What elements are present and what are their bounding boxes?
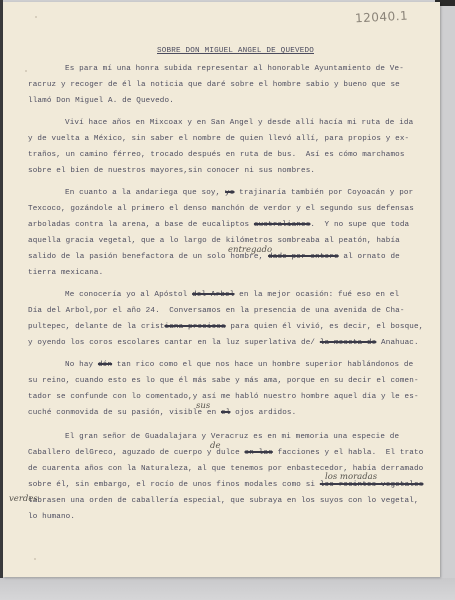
paper-speck: [34, 558, 36, 560]
line-text: Texcoco, gozándole al primero el denso m…: [28, 205, 414, 213]
line-text: Me conocería yo al Apóstol: [65, 291, 192, 299]
line-text: El gran señor de Guadalajara y Veracruz …: [65, 433, 399, 441]
line-text-continued: . Y no supe que toda: [310, 221, 409, 229]
struck-out-text: los recintos vegetales: [320, 481, 424, 489]
text-line: cuché conmovida de su pasión, visible en…: [28, 409, 296, 417]
text-line: En cuanto a la andariega que soy, yo tra…: [65, 189, 413, 197]
text-line: sobre el bien de nuestros mayores,sin co…: [28, 167, 315, 175]
document-title: SOBRE DON MIGUEL ANGEL DE QUEVEDO: [157, 47, 314, 55]
line-text-continued: en la mejor ocasión: fué eso en el: [234, 291, 399, 299]
line-text: Día del Arbol,por el año 24. Conversamos…: [28, 307, 405, 315]
text-line: arboladas contra la arena, a base de euc…: [28, 221, 409, 229]
handwritten-note: sus: [196, 401, 210, 411]
archive-reference-number: 12040.1: [355, 9, 409, 26]
line-text: sobre él, sin embargo, el rocío de unos …: [28, 481, 320, 489]
line-text: No hay: [65, 361, 98, 369]
line-text: su reino, cuando esto es lo que él más s…: [28, 377, 419, 385]
text-line: Es para mí una honra subida representar …: [65, 65, 404, 73]
line-text: lo humano.: [28, 513, 75, 521]
line-text: y oyendo los coros escolares cantar en l…: [28, 339, 320, 347]
handwritten-note: de: [210, 441, 220, 451]
paper-speck: [35, 16, 37, 18]
text-line: salido de la pasión benefactora de un so…: [28, 253, 400, 261]
struck-out-text: el: [221, 409, 230, 417]
line-text: tador se confunde con lo comentado,y así…: [28, 393, 419, 401]
text-line: lo humano.: [28, 513, 75, 521]
handwritten-note: los moradas: [325, 472, 377, 482]
line-text-continued: facciones y el habla. El trato: [273, 449, 424, 457]
text-line: Viví hace años en Mixcoax y en San Angel…: [65, 119, 413, 127]
line-text: cuché conmovida de su pasión, visible en: [28, 409, 221, 417]
text-line: racruz y recoger de él la noticia que da…: [28, 81, 400, 89]
text-line: tierra mexicana.: [28, 269, 103, 277]
text-line: traños, un camino férreo, trocado despué…: [28, 151, 405, 159]
struck-out-text: iana preciosa: [165, 323, 226, 331]
struck-out-text: dón: [98, 361, 112, 369]
scanner-background: [0, 578, 455, 600]
text-line: Me conocería yo al Apóstol del Arbol en …: [65, 291, 399, 299]
line-text-continued: trajinaría también por Coyoacán y por: [234, 189, 413, 197]
line-text-continued: al ornato de: [339, 253, 400, 261]
text-line: El gran señor de Guadalajara y Veracruz …: [65, 433, 399, 441]
line-text: racruz y recoger de él la noticia que da…: [28, 81, 400, 89]
line-text-continued: Anahuac.: [376, 339, 418, 347]
line-text: Es para mí una honra subida representar …: [65, 65, 404, 73]
paper-speck: [25, 70, 27, 72]
struck-out-text: la meseta de: [320, 339, 376, 347]
typewritten-page: 12040.1 SOBRE DON MIGUEL ANGEL DE QUEVED…: [3, 2, 440, 577]
line-text: arboladas contra la arena, a base de euc…: [28, 221, 254, 229]
text-line: No hay dón tan rico como el que nos hace…: [65, 361, 413, 369]
text-line: sobre él, sin embargo, el rocío de unos …: [28, 481, 423, 489]
text-line: Caballero delGreco, aguzado de cuerpo y …: [28, 449, 423, 457]
text-line: y oyendo los coros escolares cantar en l…: [28, 339, 419, 347]
text-line: Día del Arbol,por el año 24. Conversamos…: [28, 307, 405, 315]
text-line: aquella gracia vegetal, que a lo largo d…: [28, 237, 400, 245]
line-text: sobre el bien de nuestros mayores,sin co…: [28, 167, 315, 175]
text-line: su reino, cuando esto es lo que él más s…: [28, 377, 419, 385]
line-text: aquella gracia vegetal, que a lo largo d…: [28, 237, 400, 245]
line-text: labrasen una orden de caballería especia…: [28, 497, 419, 505]
text-line: tador se confunde con lo comentado,y así…: [28, 393, 419, 401]
line-text: y de vuelta a México, sin saber el nombr…: [28, 135, 409, 143]
line-text: En cuanto a la andariega que soy,: [65, 189, 225, 197]
handwritten-note: verdes: [9, 494, 38, 504]
struck-out-text: en las: [245, 449, 273, 457]
text-line: pultepec, delante de la cristiana precio…: [28, 323, 423, 331]
text-line: labrasen una orden de caballería especia…: [28, 497, 419, 505]
line-text: llamó Don Miguel A. de Quevedo.: [28, 97, 174, 105]
line-text: traños, un camino férreo, trocado despué…: [28, 151, 405, 159]
line-text: Viví hace años en Mixcoax y en San Angel…: [65, 119, 413, 127]
line-text: tierra mexicana.: [28, 269, 103, 277]
struck-out-text: dado por entero: [268, 253, 339, 261]
handwritten-note: entregado: [228, 245, 272, 255]
text-line: llamó Don Miguel A. de Quevedo.: [28, 97, 174, 105]
struck-out-text: del Arbol: [192, 291, 234, 299]
text-line: y de vuelta a México, sin saber el nombr…: [28, 135, 409, 143]
line-text-continued: tan rico como el que nos hace un hombre …: [112, 361, 413, 369]
text-line: Texcoco, gozándole al primero el denso m…: [28, 205, 414, 213]
line-text: pultepec, delante de la crist: [28, 323, 165, 331]
line-text-continued: para quien él vivió, es decir, el bosque…: [226, 323, 424, 331]
struck-out-text: australianos: [254, 221, 310, 229]
line-text-continued: ojos ardidos.: [230, 409, 296, 417]
